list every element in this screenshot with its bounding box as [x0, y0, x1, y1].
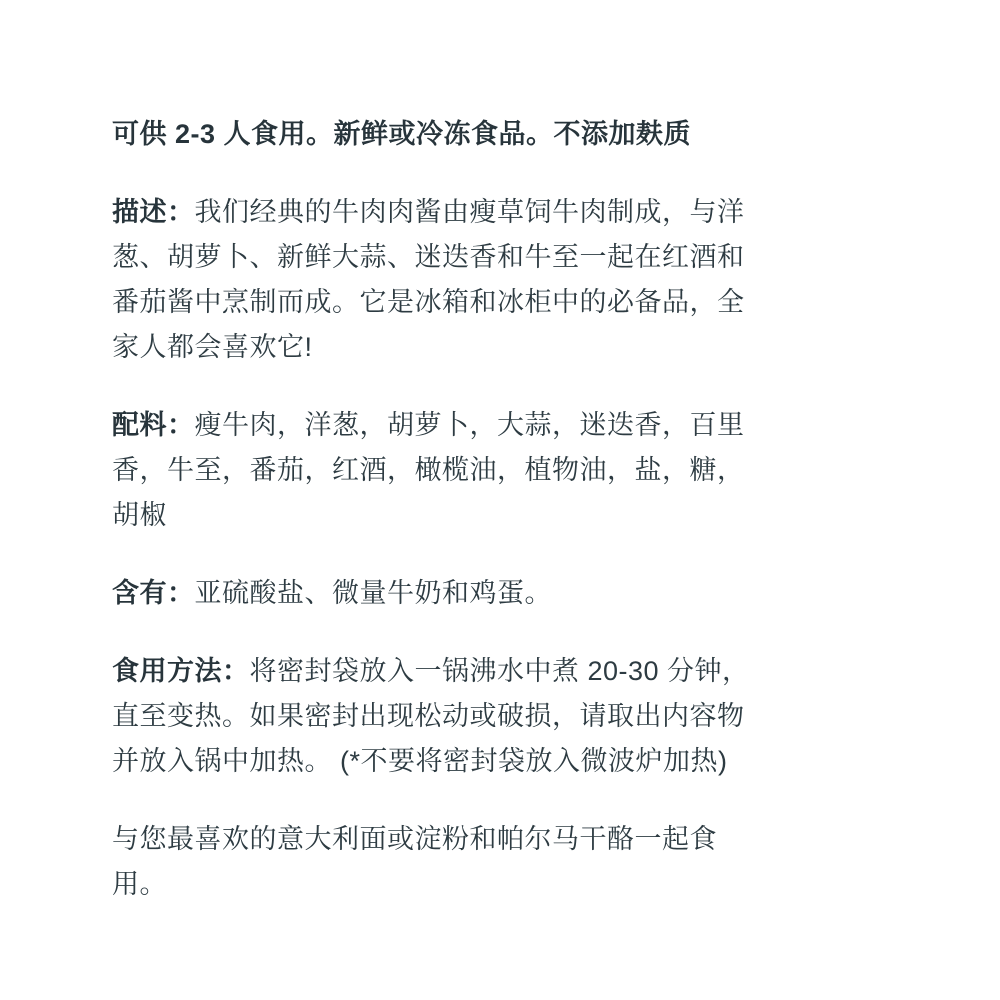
usage-instructions-label: 食用方法： [112, 656, 250, 686]
description-label: 描述： [112, 197, 195, 227]
ingredients-paragraph: 配料：瘦牛肉，洋葱，胡萝卜，大蒜，迷迭香，百里香，牛至，番茄，红酒，橄榄油，植物… [112, 403, 760, 538]
serving-suggestion-text: 与您最喜欢的意大利面或淀粉和帕尔马干酪一起食用。 [112, 824, 717, 899]
product-description-page: 可供 2-3 人食用。新鲜或冷冻食品。不添加麸质 描述：我们经典的牛肉肉酱由瘦草… [0, 0, 1000, 1000]
allergens-text: 亚硫酸盐、微量牛奶和鸡蛋。 [195, 578, 553, 608]
ingredients-text: 瘦牛肉，洋葱，胡萝卜，大蒜，迷迭香，百里香，牛至，番茄，红酒，橄榄油，植物油，盐… [112, 410, 745, 530]
ingredients-label: 配料： [112, 410, 195, 440]
description-paragraph: 描述：我们经典的牛肉肉酱由瘦草饲牛肉制成，与洋葱、胡萝卜、新鲜大蒜、迷迭香和牛至… [112, 190, 760, 370]
description-text: 我们经典的牛肉肉酱由瘦草饲牛肉制成，与洋葱、胡萝卜、新鲜大蒜、迷迭香和牛至一起在… [112, 197, 745, 362]
usage-instructions-paragraph: 食用方法：将密封袋放入一锅沸水中煮 20-30 分钟，直至变热。如果密封出现松动… [112, 649, 760, 784]
description-text-block: 可供 2-3 人食用。新鲜或冷冻食品。不添加麸质 描述：我们经典的牛肉肉酱由瘦草… [112, 112, 760, 907]
allergens-label: 含有： [112, 578, 195, 608]
allergens-paragraph: 含有：亚硫酸盐、微量牛奶和鸡蛋。 [112, 571, 760, 616]
serving-info-text: 可供 2-3 人食用。新鲜或冷冻食品。不添加麸质 [112, 119, 691, 149]
serving-info-line: 可供 2-3 人食用。新鲜或冷冻食品。不添加麸质 [112, 112, 760, 157]
serving-suggestion-paragraph: 与您最喜欢的意大利面或淀粉和帕尔马干酪一起食用。 [112, 817, 760, 907]
